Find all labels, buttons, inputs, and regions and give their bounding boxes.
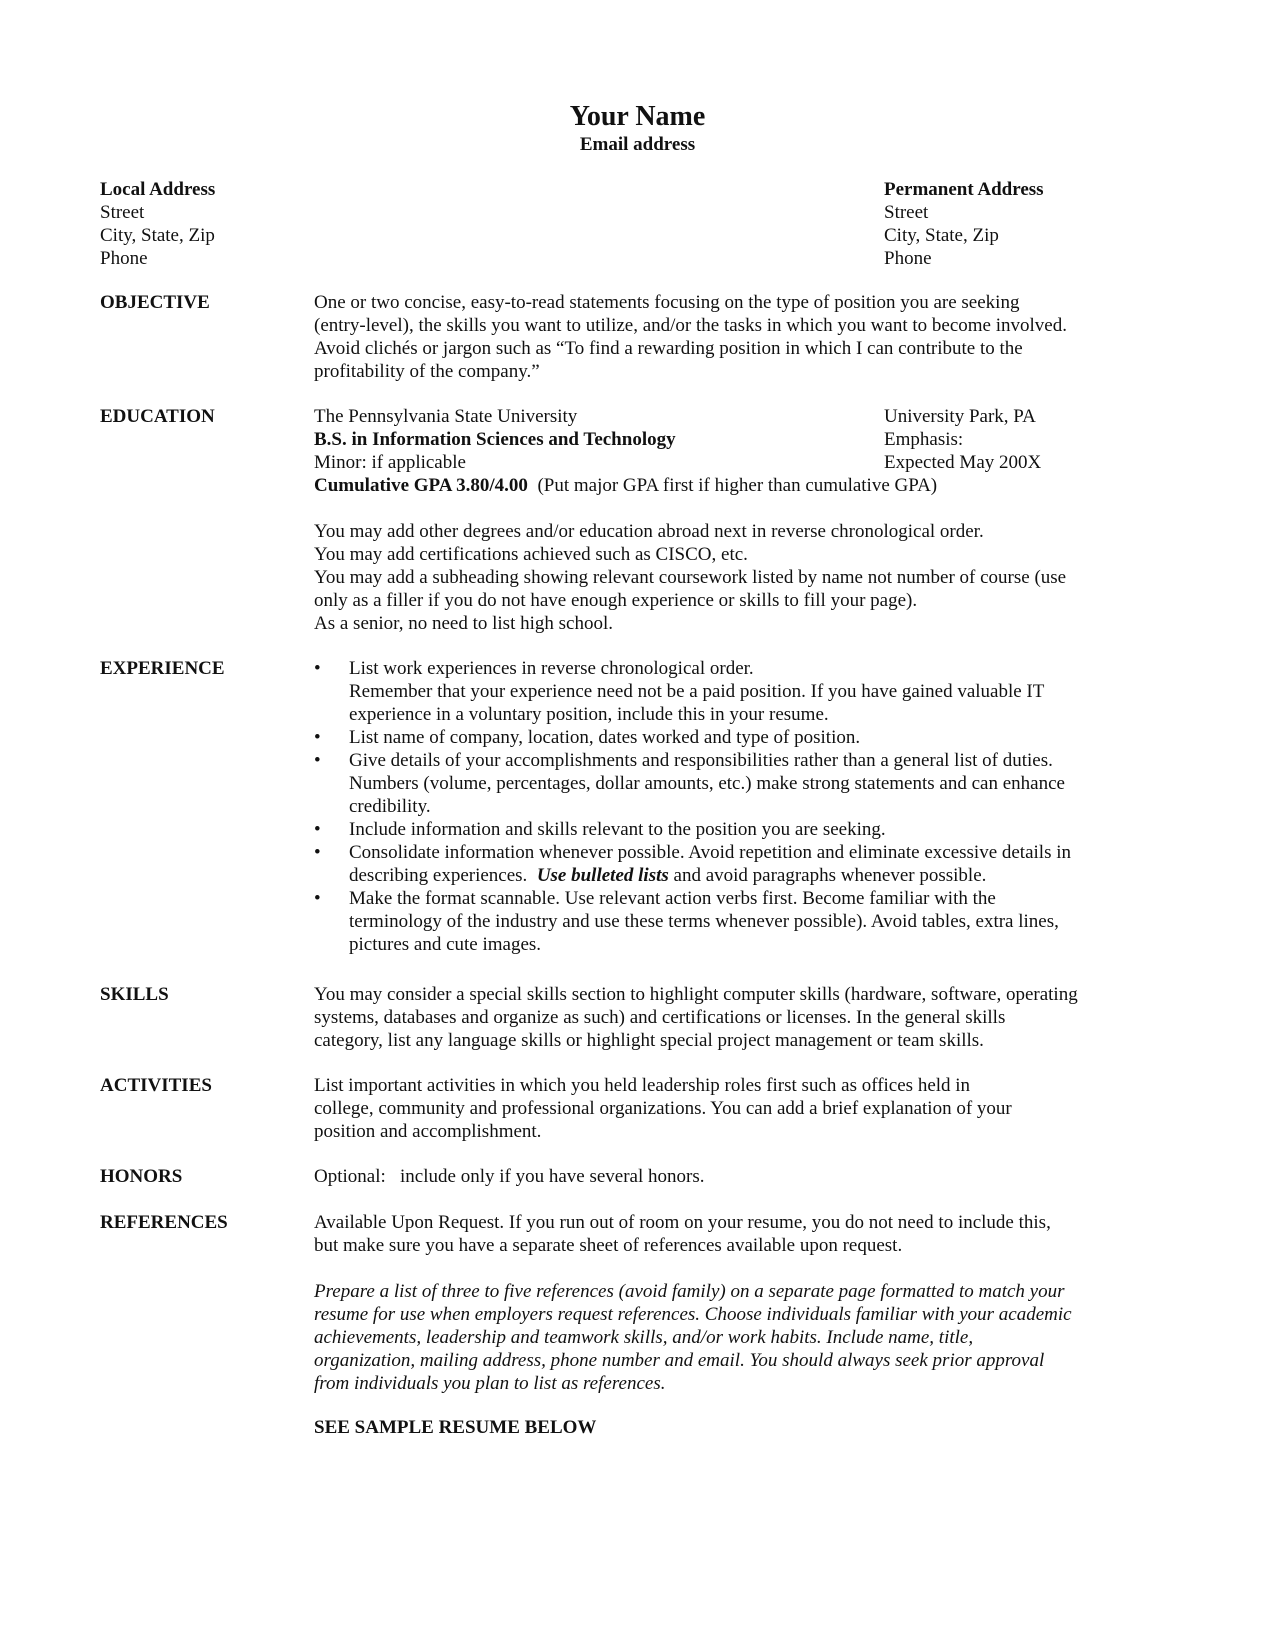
- honors-text: Optional: include only if you have sever…: [314, 1165, 1129, 1188]
- objective-line: Avoid clichés or jargon such as “To find…: [314, 337, 1129, 360]
- resume-name: Your Name: [0, 101, 1275, 133]
- skills-text: You may consider a special skills sectio…: [314, 983, 1129, 1052]
- bullet-icon: [314, 818, 349, 841]
- experience-bullet: Give details of your accomplishments and…: [314, 749, 1129, 818]
- objective-heading: OBJECTIVE: [100, 291, 210, 314]
- email-address: Email address: [0, 133, 1275, 156]
- objective-line: profitability of the company.”: [314, 360, 1129, 383]
- experience-bullet: Include information and skills relevant …: [314, 818, 1129, 841]
- skills-heading: SKILLS: [100, 983, 169, 1006]
- gpa-line: Cumulative GPA 3.80/4.00 (Put major GPA …: [314, 474, 1129, 497]
- bullet-icon: [314, 726, 349, 749]
- education-note: You may add certifications achieved such…: [314, 543, 1129, 566]
- education-note: only as a filler if you do not have enou…: [314, 589, 1129, 612]
- permanent-address-title: Permanent Address: [884, 178, 1044, 201]
- honors-heading: HONORS: [100, 1165, 182, 1188]
- permanent-city: City, State, Zip: [884, 224, 1044, 247]
- experience-bullet: Consolidate information whenever possibl…: [314, 841, 1129, 887]
- education-notes: You may add other degrees and/or educati…: [314, 520, 1129, 635]
- objective-line: One or two concise, easy-to-read stateme…: [314, 291, 1129, 314]
- expected-graduation: Expected May 200X: [884, 451, 1041, 474]
- bullet-icon: [314, 749, 349, 772]
- education-note: As a senior, no need to list high school…: [314, 612, 1129, 635]
- references-text: Available Upon Request. If you run out o…: [314, 1211, 1129, 1257]
- education-note: You may add a subheading showing relevan…: [314, 566, 1129, 589]
- activities-text: List important activities in which you h…: [314, 1074, 1129, 1143]
- education-meta: University Park, PA Emphasis: Expected M…: [884, 405, 1041, 474]
- local-address-block: Local Address Street City, State, Zip Ph…: [100, 178, 215, 270]
- school-location: University Park, PA: [884, 405, 1041, 428]
- gpa-value: Cumulative GPA 3.80/4.00: [314, 475, 528, 496]
- activities-heading: ACTIVITIES: [100, 1074, 212, 1097]
- experience-bullet-list: List work experiences in reverse chronol…: [314, 657, 1129, 956]
- local-address-title: Local Address: [100, 178, 215, 201]
- local-phone: Phone: [100, 247, 215, 270]
- objective-line: (entry-level), the skills you want to ut…: [314, 314, 1129, 337]
- education-note: You may add other degrees and/or educati…: [314, 520, 1129, 543]
- experience-bullet: List work experiences in reverse chronol…: [314, 657, 1129, 726]
- local-city: City, State, Zip: [100, 224, 215, 247]
- references-heading: REFERENCES: [100, 1211, 228, 1234]
- permanent-phone: Phone: [884, 247, 1044, 270]
- bullet-icon: [314, 841, 349, 864]
- permanent-street: Street: [884, 201, 1044, 224]
- bullet-icon: [314, 887, 349, 910]
- experience-heading: EXPERIENCE: [100, 657, 225, 680]
- permanent-address-block: Permanent Address Street City, State, Zi…: [884, 178, 1044, 270]
- experience-bullet: List name of company, location, dates wo…: [314, 726, 1129, 749]
- emphasis: Emphasis:: [884, 428, 1041, 451]
- experience-bullet: Make the format scannable. Use relevant …: [314, 887, 1129, 956]
- education-heading: EDUCATION: [100, 405, 215, 428]
- references-guidance: Prepare a list of three to five referenc…: [314, 1280, 1129, 1395]
- local-street: Street: [100, 201, 215, 224]
- see-sample-note: SEE SAMPLE RESUME BELOW: [314, 1416, 1129, 1439]
- emphasis-text: Use bulleted lists: [537, 865, 669, 886]
- objective-text: One or two concise, easy-to-read stateme…: [314, 291, 1129, 383]
- bullet-icon: [314, 657, 349, 680]
- gpa-note: (Put major GPA first if higher than cumu…: [528, 475, 937, 496]
